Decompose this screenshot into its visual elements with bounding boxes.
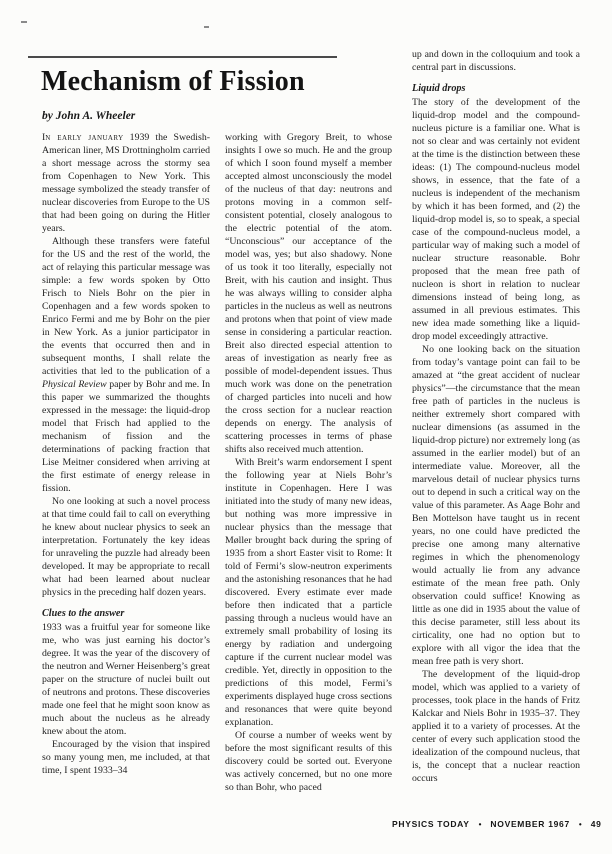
body-text: 1933 was a fruitful year for someone lik…: [42, 622, 210, 737]
article-byline: by John A. Wheeler: [42, 110, 135, 122]
footer-issue-date: NOVEMBER 1967: [490, 819, 570, 829]
body-text: No one looking back on the situation fro…: [412, 344, 580, 667]
paragraph: Of course a number of weeks went by befo…: [225, 729, 392, 794]
title-rule: [28, 56, 337, 58]
paragraph: Although these transfers were fateful fo…: [42, 235, 210, 495]
text-column-3: up and down in the colloquium and took a…: [412, 48, 580, 785]
paragraph: working with Gregory Breit, to whose ins…: [225, 131, 392, 456]
page-footer: PHYSICS TODAY • NOVEMBER 1967 • 49: [392, 819, 582, 829]
text-column-2: working with Gregory Breit, to whose ins…: [225, 131, 392, 794]
footer-bullet: •: [479, 820, 482, 829]
magazine-page: Mechanism of Fission by John A. Wheeler …: [0, 0, 612, 854]
paragraph: No one looking back on the situation fro…: [412, 343, 580, 668]
paragraph: The development of the liquid-drop model…: [412, 668, 580, 785]
body-text: The story of the development of the liqu…: [412, 97, 580, 342]
footer-magazine-name: PHYSICS TODAY: [392, 819, 470, 829]
paragraph: Encouraged by the vision that inspired s…: [42, 738, 210, 777]
article-title: Mechanism of Fission: [41, 66, 371, 98]
footer-page-number: 49: [591, 819, 602, 829]
paragraph: 1933 was a fruitful year for someone lik…: [42, 621, 210, 738]
section-heading: Clues to the answer: [42, 607, 210, 620]
body-text: 1939 the Swedish-American liner, MS Drot…: [42, 132, 210, 234]
body-text: Although these transfers were fateful fo…: [42, 236, 210, 377]
body-text: With Breit’s warm endorsement I spent th…: [225, 457, 392, 728]
body-text: working with Gregory Breit, to whose ins…: [225, 132, 392, 455]
paragraph: up and down in the colloquium and took a…: [412, 48, 580, 74]
italic-text: Physical Review: [42, 379, 107, 390]
text-column-1: In early january 1939 the Swedish-Americ…: [42, 131, 210, 777]
body-text: paper by Bohr and me. In this paper we s…: [42, 379, 210, 494]
section-heading: Liquid drops: [412, 82, 580, 95]
scan-speck: [21, 21, 27, 23]
paragraph: The story of the development of the liqu…: [412, 96, 580, 343]
paragraph: With Breit’s warm endorsement I spent th…: [225, 456, 392, 729]
smallcaps-lead: n early january: [45, 132, 123, 143]
body-text: Encouraged by the vision that inspired s…: [42, 739, 210, 776]
scan-speck: [204, 26, 209, 28]
footer-bullet: •: [579, 820, 582, 829]
paragraph: In early january 1939 the Swedish-Americ…: [42, 131, 210, 235]
body-text: No one looking at such a novel process a…: [42, 496, 210, 598]
body-text: Of course a number of weeks went by befo…: [225, 730, 392, 793]
body-text: The development of the liquid-drop model…: [412, 669, 580, 784]
body-text: up and down in the colloquium and took a…: [412, 49, 580, 73]
paragraph: No one looking at such a novel process a…: [42, 495, 210, 599]
